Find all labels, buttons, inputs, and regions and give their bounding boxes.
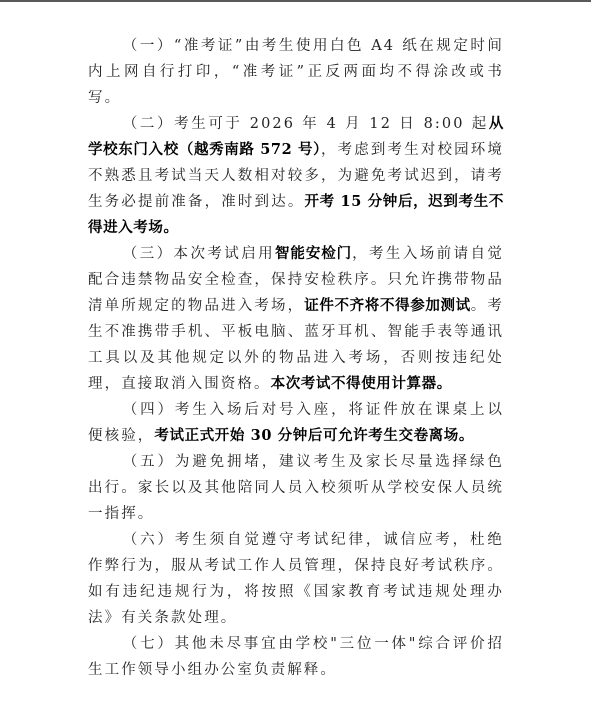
- paragraph-admission-ticket: （一）“准考证”由考生使用白色 A4 纸在规定时间内上网自行打印，“准考证”正反…: [88, 33, 504, 111]
- document-page: （一）“准考证”由考生使用白色 A4 纸在规定时间内上网自行打印，“准考证”正反…: [88, 33, 504, 683]
- bold-text-documents-required: 证件不齐将不得参加测试: [304, 297, 470, 314]
- paragraph-seating: （四）考生入场后对号入座，将证件放在课桌上以便核验，考试正式开始 30 分钟后可…: [88, 397, 504, 449]
- bold-text-no-calculator: 本次考试不得使用计算器。: [271, 375, 452, 392]
- text: （二）考生可于 2026 年 4 月 12 日 8:00 起: [123, 116, 489, 132]
- paragraph-transport: （五）为避免拥堵，建议考生及家长尽量选择绿色出行。家长以及其他陪同人员入校须听从…: [88, 449, 504, 527]
- paragraph-discipline: （六）考生须自觉遵守考试纪律，诚信应考，杜绝作弊行为，服从考试工作人员管理，保持…: [88, 527, 504, 631]
- text: （七）其他未尽事宜由学校"三位一体"综合评价招生工作领导小组办公室负责解释。: [88, 636, 504, 678]
- text: （六）考生须自觉遵守考试纪律，诚信应考，杜绝作弊行为，服从考试工作人员管理，保持…: [88, 532, 504, 626]
- bold-text-security-gate: 智能安检门: [275, 245, 352, 262]
- text: （五）为避免拥堵，建议考生及家长尽量选择绿色出行。家长以及其他陪同人员入校须听从…: [88, 454, 504, 522]
- bold-text-early-leave: 考试正式开始 30 分钟后可允许考生交卷离场。: [154, 427, 474, 444]
- text: （一）“准考证”由考生使用白色 A4 纸在规定时间内上网自行打印，“准考证”正反…: [88, 38, 504, 106]
- paragraph-arrival-time: （二）考生可于 2026 年 4 月 12 日 8:00 起从学校东门入校（越秀…: [88, 111, 504, 241]
- paragraph-security-check: （三）本次考试启用智能安检门，考生入场前请自觉配合违禁物品安全检查，保持安检秩序…: [88, 241, 504, 397]
- paragraph-interpretation: （七）其他未尽事宜由学校"三位一体"综合评价招生工作领导小组办公室负责解释。: [88, 631, 504, 683]
- text: （三）本次考试启用: [123, 246, 275, 262]
